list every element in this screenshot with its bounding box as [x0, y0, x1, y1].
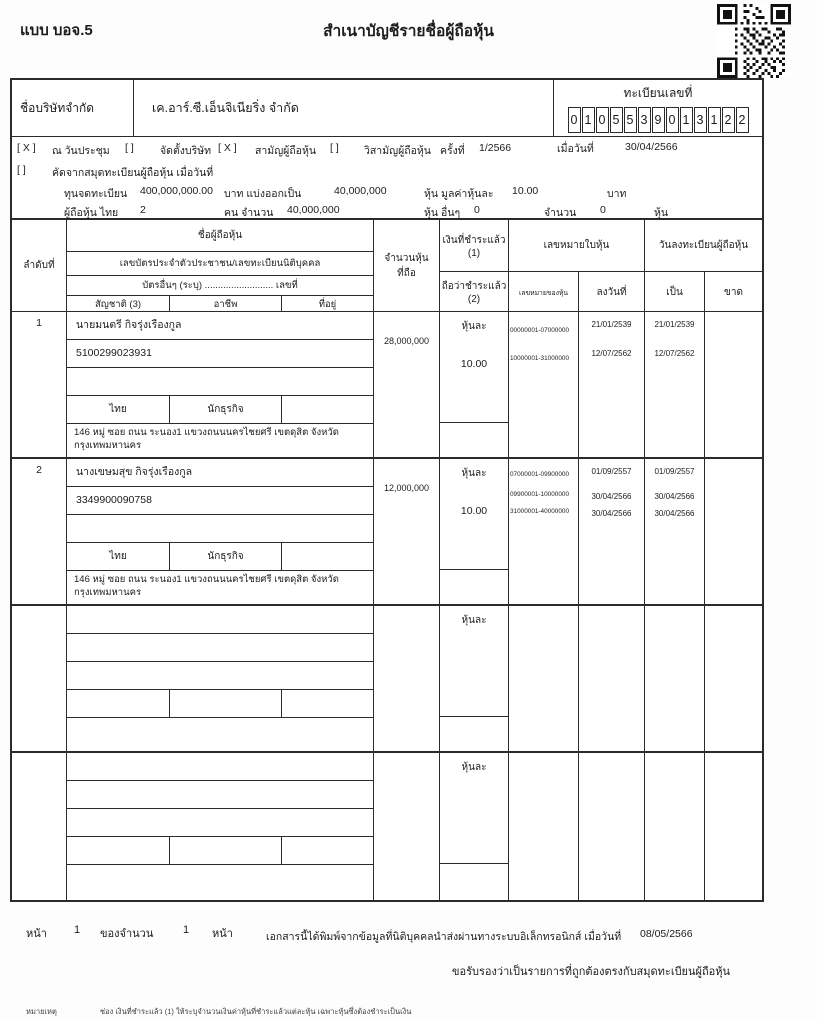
- cert-dates-cell: [579, 753, 645, 900]
- row-seq: 2: [12, 459, 67, 604]
- row-seq: [12, 606, 67, 751]
- checkbox-meeting-label: ณ วันประชุม: [52, 142, 110, 159]
- shareholder-other-card: [67, 662, 373, 690]
- others-shares-value: 0: [600, 204, 606, 216]
- occupation-value: [170, 690, 282, 717]
- others-count: 0: [474, 204, 480, 216]
- header-id-number: เลขบัตรประจำตัวประชาชน/เลขทะเบียนนิติบุค…: [67, 252, 373, 276]
- shareholder-row-4-empty: หุ้นละ: [12, 753, 762, 900]
- row-name-block: นางเขษมสุข กิจรุ่งเรืองกูล 3349900090758…: [67, 459, 374, 604]
- total-pages: 1: [183, 924, 189, 936]
- shareholder-row-3-empty: หุ้นละ: [12, 606, 762, 753]
- cert-date: 30/04/2566: [579, 509, 644, 518]
- paid-cell: หุ้นละ 10.00: [440, 459, 509, 604]
- header-other-card: บัตรอื่นๆ (ระบุ) .......................…: [67, 276, 373, 296]
- reg-in-cell: [645, 606, 705, 751]
- occupation-value: [170, 837, 282, 864]
- shareholder-row-2: 2 นางเขษมสุข กิจรุ่งเรืองกูล 33499000907…: [12, 459, 762, 606]
- cert-date: 01/09/2557: [579, 467, 644, 476]
- nat-occ-cells: ไทย นักธุรกิจ: [67, 396, 373, 424]
- address-cell-empty: [282, 690, 373, 717]
- row-name-block: นายมนตรี กิจรุ่งเรืองกูล 5100299023931 ไ…: [67, 312, 374, 457]
- checkbox-copy-register-label: คัดจากสมุดทะเบียนผู้ถือหุ้น เมื่อวันที่: [52, 164, 213, 181]
- paid-per-share-label: หุ้นละ: [440, 466, 508, 481]
- others-label: หุ้น อื่นๆ: [424, 204, 460, 221]
- address-value: [67, 865, 373, 899]
- shares-held-value: 28,000,000: [374, 312, 440, 457]
- nat-occ-cells: [67, 837, 373, 865]
- registration-digit: 3: [694, 107, 707, 133]
- shareholder-other-card: [67, 515, 373, 543]
- nationality-value: ไทย: [67, 543, 170, 570]
- page-label: หน้า: [26, 924, 47, 942]
- registration-digit: 5: [610, 107, 623, 133]
- holders-thai-count: 2: [140, 204, 146, 216]
- page-unit-label: หน้า: [212, 924, 233, 942]
- registration-digit: 2: [736, 107, 749, 133]
- address-cell-empty: [282, 543, 373, 570]
- reg-in-date: 21/01/2539: [645, 320, 704, 329]
- reg-in-date: 12/07/2562: [645, 349, 704, 358]
- header-reg-title: วันลงทะเบียนผู้ถือหุ้น: [645, 220, 762, 272]
- cert-dates-cell: [579, 606, 645, 751]
- paid-divider: [440, 422, 508, 423]
- cert-dates-cell: 01/09/2557 30/04/2566 30/04/2566: [579, 459, 645, 604]
- meeting-date-label: เมื่อวันที่: [557, 140, 594, 157]
- share-number-range: 09900001-10000000: [509, 491, 578, 498]
- share-numbers-cell: 00000001-07000000 10000001-31000000: [509, 312, 579, 457]
- share-number-range: 07000001-09900000: [509, 471, 578, 478]
- header-reg-group: วันลงทะเบียนผู้ถือหุ้น เป็น ขาด: [645, 220, 762, 311]
- row-name-block: [67, 753, 374, 900]
- header-paid-amount: เงินที่ชำระแล้ว(1): [440, 220, 508, 272]
- address-cell-empty: [282, 396, 373, 423]
- address-value: 146 หมู่ ซอย ถนน ระนอง1 แขวงถนนนครไชยศรี…: [67, 571, 373, 605]
- address-value: 146 หมู่ ซอย ถนน ระนอง1 แขวงถนนนครไชยศรี…: [67, 424, 373, 458]
- total-shares-value: 40,000,000: [334, 185, 387, 197]
- checkbox-extraordinary: [ ]: [330, 142, 339, 154]
- registration-digit: 9: [652, 107, 665, 133]
- company-row: ชื่อบริษัทจำกัด เค.อาร์.ซี.เอ็นจิเนียริ่…: [12, 80, 762, 137]
- reg-in-cell: [645, 753, 705, 900]
- meeting-time-value: 1/2566: [479, 142, 511, 154]
- of-total-label: ของจำนวน: [100, 924, 153, 942]
- registration-digit: 2: [722, 107, 735, 133]
- paid-cell: หุ้นละ: [440, 753, 509, 900]
- printed-date: 08/05/2566: [640, 928, 693, 940]
- shareholder-row-1: 1 นายมนตรี กิจรุ่งเรืองกูล 5100299023931…: [12, 312, 762, 459]
- registration-cell: ทะเบียนเลขที่ 0 1 0 5 5 3 9 0 1 3 1 2 2: [554, 80, 762, 136]
- nationality-value: [67, 837, 170, 864]
- paid-per-share-value: 10.00: [440, 505, 508, 517]
- baht-label: บาท: [607, 185, 626, 202]
- divided-into-label: บาท แบ่งออกเป็น: [224, 185, 301, 202]
- header-occupation: อาชีพ: [170, 296, 282, 312]
- header-shareholder-name: ชื่อผู้ถือหุ้น: [67, 220, 373, 252]
- header-name-block: ชื่อผู้ถือหุ้น เลขบัตรประจำตัวประชาชน/เล…: [67, 220, 374, 311]
- registration-digit: 1: [582, 107, 595, 133]
- reg-out-cell: [705, 459, 762, 604]
- header-nationality: สัญชาติ (3): [67, 296, 170, 312]
- registration-digit: 0: [568, 107, 581, 133]
- cert-date: 21/01/2539: [579, 320, 644, 329]
- company-name-label: ชื่อบริษัทจำกัด: [12, 80, 134, 136]
- registered-capital-label: ทุนจดทะเบียน: [64, 185, 127, 202]
- paid-divider: [440, 569, 508, 570]
- shareholder-id: [67, 781, 373, 809]
- share-numbers-cell: [509, 606, 579, 751]
- cert-date: 12/07/2562: [579, 349, 644, 358]
- reg-out-cell: [705, 753, 762, 900]
- cert-date: 30/04/2566: [579, 492, 644, 501]
- occupation-value: นักธุรกิจ: [170, 396, 282, 423]
- header-seq: ลำดับที่: [12, 220, 67, 311]
- shareholder-name: [67, 606, 373, 634]
- share-numbers-cell: 07000001-09900000 09900001-10000000 3100…: [509, 459, 579, 604]
- paid-cell: หุ้นละ: [440, 606, 509, 751]
- shareholder-other-card: [67, 809, 373, 837]
- header-address: ที่อยู่: [282, 296, 373, 312]
- shareholder-name: [67, 753, 373, 781]
- registration-digit: 5: [624, 107, 637, 133]
- row-seq: [12, 753, 67, 900]
- shareholder-id: [67, 634, 373, 662]
- registration-digit: 0: [666, 107, 679, 133]
- checkbox-extraordinary-label: วิสามัญผู้ถือหุ้น: [364, 142, 431, 159]
- row-seq: 1: [12, 312, 67, 457]
- certification-statement: ขอรับรองว่าเป็นรายการที่ถูกต้องตรงกับสมุ…: [452, 962, 730, 980]
- document-page: แบบ บอจ.5 สำเนาบัญชีรายชื่อผู้ถือหุ้น: [0, 0, 817, 1021]
- reg-out-cell: [705, 312, 762, 457]
- registration-label: ทะเบียนเลขที่: [554, 84, 762, 103]
- occupation-value: นักธุรกิจ: [170, 543, 282, 570]
- header-nat-occ-addr: สัญชาติ (3) อาชีพ ที่อยู่: [67, 296, 373, 312]
- shareholder-id: 5100299023931: [67, 340, 373, 368]
- others-amount-label: จำนวน: [544, 204, 576, 221]
- paid-per-share-label: หุ้นละ: [440, 613, 508, 628]
- company-name-value: เค.อาร์.ซี.เอ็นจิเนียริ่ง จำกัด: [134, 80, 554, 136]
- registration-digit: 1: [680, 107, 693, 133]
- header-cert-numbers: เลขหมายของหุ้น: [509, 272, 579, 312]
- shareholder-name: นายมนตรี กิจรุ่งเรืองกูล: [67, 312, 373, 340]
- registration-digit: 0: [596, 107, 609, 133]
- persons-amount-label: คน จำนวน: [224, 204, 273, 221]
- registration-digit: 3: [638, 107, 651, 133]
- printed-from-system-note: เอกสารนี้ได้พิมพ์จากข้อมูลที่นิติบุคคลนำ…: [266, 928, 621, 945]
- header-cert-title: เลขหมายใบหุ้น: [509, 220, 644, 272]
- parvalue-label: หุ้น มูลค่าหุ้นละ: [424, 185, 493, 202]
- paid-per-share-label: หุ้นละ: [440, 319, 508, 334]
- table-header: ลำดับที่ ชื่อผู้ถือหุ้น เลขบัตรประจำตัวป…: [12, 220, 762, 312]
- paid-cell: หุ้นละ 10.00: [440, 312, 509, 457]
- address-value: [67, 718, 373, 752]
- reg-in-date: 30/04/2566: [645, 509, 704, 518]
- remark-text: ช่อง เงินที่ชำระแล้ว (1) ให้ระบุจำนวนเงิ…: [100, 1006, 411, 1018]
- reg-in-date: 01/09/2557: [645, 467, 704, 476]
- header-paid: เงินที่ชำระแล้ว(1) ถือว่าชำระแล้ว(2): [440, 220, 509, 311]
- reg-in-cell: 21/01/2539 12/07/2562: [645, 312, 705, 457]
- holders-thai-label: ผู้ถือหุ้น ไทย: [64, 204, 118, 221]
- checkbox-ordinary: [ X ]: [218, 142, 237, 154]
- meeting-date-value: 30/04/2566: [625, 141, 678, 153]
- shareholder-name: นางเขษมสุข กิจรุ่งเรืองกูล: [67, 459, 373, 487]
- page-title: สำเนาบัญชีรายชื่อผู้ถือหุ้น: [0, 18, 817, 43]
- shareholder-id: 3349900090758: [67, 487, 373, 515]
- share-number-range: 31000001-40000000: [509, 508, 578, 515]
- nationality-value: [67, 690, 170, 717]
- registration-number: 0 1 0 5 5 3 9 0 1 3 1 2 2: [554, 107, 762, 133]
- reg-out-cell: [705, 606, 762, 751]
- page-number: 1: [74, 924, 80, 936]
- share-numbers-cell: [509, 753, 579, 900]
- checkbox-ordinary-label: สามัญผู้ถือหุ้น: [255, 142, 316, 159]
- parvalue-value: 10.00: [512, 185, 538, 197]
- shareholder-other-card: [67, 368, 373, 396]
- form-frame: ชื่อบริษัทจำกัด เค.อาร์.ซี.เอ็นจิเนียริ่…: [10, 78, 764, 902]
- header-reg-out: ขาด: [705, 272, 762, 312]
- shares-held-value: [374, 606, 440, 751]
- cert-dates-cell: 21/01/2539 12/07/2562: [579, 312, 645, 457]
- checkbox-establish-label: จัดตั้งบริษัท: [160, 142, 211, 159]
- nat-occ-cells: [67, 690, 373, 718]
- share-number-range: 10000001-31000000: [509, 355, 578, 362]
- header-deemed-paid: ถือว่าชำระแล้ว(2): [440, 272, 508, 312]
- checkbox-meeting: [ X ]: [17, 142, 36, 154]
- header-shares-held: จำนวนหุ้น ที่ถือ: [374, 220, 440, 311]
- row-name-block: [67, 606, 374, 751]
- paid-divider: [440, 716, 508, 717]
- meeting-info-section: [ X ] ณ วันประชุม [ ] จัดตั้งบริษัท [ X …: [12, 137, 762, 220]
- paid-per-share-value: 10.00: [440, 358, 508, 370]
- shares-held-value: 12,000,000: [374, 459, 440, 604]
- remark-label: หมายเหตุ: [26, 1006, 57, 1018]
- header-reg-in: เป็น: [645, 272, 705, 312]
- checkbox-establish: [ ]: [125, 142, 134, 154]
- header-cert-group: เลขหมายใบหุ้น เลขหมายของหุ้น ลงวันที่: [509, 220, 645, 311]
- registered-capital-value: 400,000,000.00: [140, 185, 213, 197]
- reg-in-date: 30/04/2566: [645, 492, 704, 501]
- share-unit-label: หุ้น: [654, 204, 668, 221]
- address-cell-empty: [282, 837, 373, 864]
- registration-digit: 1: [708, 107, 721, 133]
- paid-divider: [440, 863, 508, 864]
- nat-occ-cells: ไทย นักธุรกิจ: [67, 543, 373, 571]
- reg-in-cell: 01/09/2557 30/04/2566 30/04/2566: [645, 459, 705, 604]
- shares-held-value: [374, 753, 440, 900]
- nationality-value: ไทย: [67, 396, 170, 423]
- qr-code: [716, 4, 792, 78]
- checkbox-copy-register: [ ]: [17, 164, 26, 176]
- header-cert-date: ลงวันที่: [579, 272, 644, 312]
- thai-shares-value: 40,000,000: [287, 204, 340, 216]
- share-number-range: 00000001-07000000: [509, 327, 578, 334]
- paid-per-share-label: หุ้นละ: [440, 760, 508, 775]
- meeting-time-label: ครั้งที่: [440, 142, 465, 159]
